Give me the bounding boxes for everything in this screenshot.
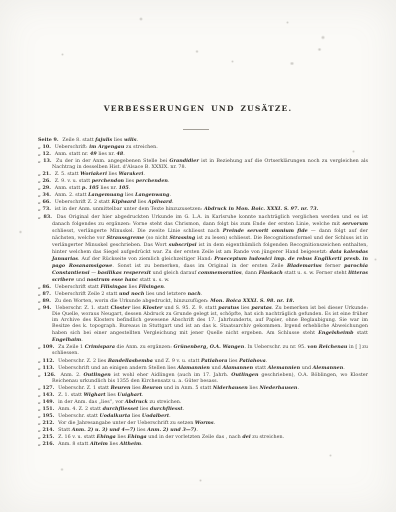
errata-list: Seite 9. Zeile 8. statt fajulis lies wil… xyxy=(38,137,368,448)
entry-text: und S. 95. Z. 9. statt xyxy=(163,306,219,311)
entry-text: lies und letztere xyxy=(144,292,187,297)
entry-body: Ueberschrift Zeile 2 statt und noch lies… xyxy=(55,292,203,297)
entry-text: . xyxy=(201,292,203,297)
correction-word: Kiplward xyxy=(112,199,137,205)
entry-page-number: „ 34. xyxy=(38,192,55,198)
correction-word: Niderhausen xyxy=(213,385,248,391)
entry-text: lies xyxy=(227,359,239,364)
entry-text: Anm. 8 statt xyxy=(58,442,90,447)
correction-word: Uodalkurta xyxy=(100,413,131,419)
correction-word: Alemannen xyxy=(313,365,344,371)
correction-word: Beuron xyxy=(142,385,162,391)
correction-word: Engelsheimb xyxy=(318,330,353,336)
errata-entry: „ 126. Anm. 2. Outlingen ist wohl eher A… xyxy=(38,372,368,385)
errata-entry: „ 34. Anm. 2. statt Langemuang lies Lang… xyxy=(38,192,368,199)
errata-entry: „ 212. Vor die Jahresangabe unter der Ue… xyxy=(38,420,368,427)
scan-speck xyxy=(289,62,295,65)
entry-text: . xyxy=(129,186,131,191)
entry-body: Z. 1. statt Wighart lies Uuighart. xyxy=(58,393,143,398)
entry-page-number: „ 113. xyxy=(38,365,58,371)
entry-text: Z. 9. v. u. statt xyxy=(55,179,92,184)
entry-body: Vor die Jahresangabe unter der Ueberschr… xyxy=(58,421,215,426)
correction-word: Patiahova xyxy=(239,358,266,364)
errata-entry: „ 21. Z. 5. statt Woriakeri lies Waraker… xyxy=(38,171,368,178)
scan-speck xyxy=(329,454,332,457)
correction-word: p. 105 xyxy=(82,185,99,191)
entry-text: ist in der Anm. unmittelbar unter dem Te… xyxy=(55,207,204,212)
correction-word: Crimispara xyxy=(85,344,115,350)
correction-word: Altheim xyxy=(120,441,141,447)
correction-word: Anm. 2) und 3—7) xyxy=(147,427,196,433)
entry-text: . xyxy=(168,179,170,184)
entry-text: und in der vorletzten Zeile das , nach xyxy=(147,435,243,440)
entry-text: lies xyxy=(130,306,142,311)
correction-word: Filisingas xyxy=(100,284,126,290)
entry-text: Ueberschr. Z. 2 lies xyxy=(58,359,108,364)
errata-entry: „ 13. Zu der in der Anm. angegebenen Ste… xyxy=(38,158,368,171)
entry-text: schliesst, verlängerte Minuskel. Die zwe… xyxy=(52,229,223,234)
entry-text: . xyxy=(141,442,143,447)
entry-page-number: „ 126. xyxy=(38,372,61,378)
entry-text: . xyxy=(143,172,145,177)
correction-word: Ehinga xyxy=(97,434,116,440)
entry-text: Z. 1. statt xyxy=(58,393,84,398)
correction-word: im Argengau xyxy=(89,144,124,150)
correction-word: Outlingen xyxy=(231,372,258,378)
entry-text: Zu Zeile 1 xyxy=(58,345,85,350)
correction-word: Warakeri xyxy=(119,171,144,177)
entry-text: lies xyxy=(124,179,136,184)
correction-word: Abdruck xyxy=(125,399,148,405)
entry-text: Ueberschrift und an einigen andern Stell… xyxy=(58,366,177,371)
entry-page-number: „ 10. xyxy=(38,144,55,150)
entry-text: Anm. 2. statt xyxy=(55,193,88,198)
errata-entry: „ 29. Anm. statt p. 105 lies nr. 105. xyxy=(38,185,368,192)
entry-body: Ueberschrift und an einigen andern Stell… xyxy=(58,366,345,371)
correction-word: wilis xyxy=(124,137,137,143)
entry-page-number: „ 151. xyxy=(38,406,58,412)
entry-text: Ueberschrift Z. 2 statt xyxy=(55,200,112,205)
correction-word: 49 xyxy=(90,151,97,157)
correction-word: Niederhausen xyxy=(259,385,297,391)
scan-speck xyxy=(374,258,377,261)
entry-body: Zu Zeile 1 Crimispara die Anm. zu ergänz… xyxy=(52,345,368,356)
entry-text: Ueberschr. Z. 1 statt xyxy=(58,386,111,391)
entry-text: . xyxy=(196,428,198,433)
correction-word: nostrum esse hanc xyxy=(87,277,138,283)
entry-text: Anm. statt nr. xyxy=(55,152,90,157)
entry-text: Das Original der hier abgedruckten Urkun… xyxy=(52,215,368,227)
correction-word: Alemannien xyxy=(268,365,301,371)
entry-page-number: „ 127. xyxy=(38,385,58,391)
entry-text: lies xyxy=(123,193,135,198)
entry-text: Ueberschr. statt xyxy=(58,414,99,419)
correction-word: Langenwang xyxy=(135,192,169,198)
entry-text: Zu den Worten, worin die Urkunde abgedru… xyxy=(55,299,211,304)
correction-word: durchfliesst xyxy=(150,406,183,412)
scan-speck xyxy=(231,60,234,63)
entry-page-number: „ 109. xyxy=(38,344,58,350)
correction-word: perchenden xyxy=(136,178,168,184)
correction-word: paratus xyxy=(218,305,239,311)
correction-word: Langemuang xyxy=(88,192,123,198)
entry-body: Statt Anm. 2) u. 3) und 4—7) lies Anm. 2… xyxy=(58,428,198,433)
entry-text: lies xyxy=(107,172,119,177)
entry-page-number: „ 87. xyxy=(38,291,55,297)
entry-text: Ueberschrift Zeile 2 statt xyxy=(55,292,119,297)
entry-body: Anm. statt p. 105 lies nr. 105. xyxy=(55,186,131,191)
entry-page-number: „ 86. xyxy=(38,284,55,290)
entry-page-number: „ 195. xyxy=(38,413,58,419)
entry-page-number: „ 21. xyxy=(38,171,55,177)
entry-body: Zu den Worten, worin die Urkunde abgedru… xyxy=(55,299,295,304)
errata-entry: „ 215. Z. 16 v. u. statt Ehinga lies Ehi… xyxy=(38,434,368,441)
entry-text: . Auf der Rückseite von ziemlich gleichz… xyxy=(78,257,214,262)
correction-word: Woriakeri xyxy=(80,171,107,177)
correction-word: Filsingen xyxy=(139,284,164,290)
entry-text: . xyxy=(266,359,268,364)
entry-text: . xyxy=(81,338,83,343)
correction-word: subscripsi xyxy=(169,242,197,248)
entry-body: Anm. 8 statt Alteim lies Altheim. xyxy=(58,442,143,447)
entry-text: lies nr. xyxy=(99,186,119,191)
scanned-book-page: VERBESSERUNGEN UND ZUSÄTZE. Seite 9. Zei… xyxy=(0,0,396,512)
entry-body: Ueberschr. Z. 1. statt Closter lies Klos… xyxy=(52,306,368,343)
entry-body: Ueberschrift Z. 2 statt Kiplward lies Ap… xyxy=(55,200,174,205)
entry-text: statt u. s. w. xyxy=(138,278,169,283)
errata-entry: „ 94. Ueberschr. Z. 1. statt Closter lie… xyxy=(38,305,368,344)
errata-entry: „ 83. Das Original der hier abgedruckten… xyxy=(38,214,368,284)
scan-speck xyxy=(19,230,22,234)
errata-entry: „ 66. Ueberschrift Z. 2 statt Kiplward l… xyxy=(38,199,368,206)
correction-word: servorum xyxy=(342,221,368,227)
entry-text: Ueberschrift: xyxy=(55,145,90,150)
entry-body: Das Original der hier abgedruckten Urkun… xyxy=(52,215,368,283)
entry-text: zu streichen. xyxy=(148,400,182,405)
entry-text: Statt xyxy=(58,428,72,433)
entry-text: lies xyxy=(138,407,150,412)
correction-word: Mon. Boica XXXI. S. 98. nr. 18. xyxy=(210,298,294,304)
entry-page-number: „ 73. xyxy=(38,206,55,212)
correction-word: commemoratios xyxy=(198,270,242,276)
entry-text: die Anm. zu ergänzen: xyxy=(115,345,174,350)
entry-text: Anm. 2. xyxy=(61,373,84,378)
entry-text: . Sonst ist zu bemerken, dass im Origina… xyxy=(112,264,287,269)
page-title: VERBESSERUNGEN UND ZUSÄTZE. xyxy=(0,104,396,113)
correction-word: Ehinga xyxy=(128,434,147,440)
correction-word: 105 xyxy=(119,185,129,191)
entry-page-number: „ 216. xyxy=(38,441,58,447)
errata-entry: „ 86. Ueberschrift statt Filisingas lies… xyxy=(38,284,368,291)
entry-page-number: „ 112. xyxy=(38,358,58,364)
correction-word: Bandellashemba xyxy=(108,358,153,364)
correction-word: fajulis xyxy=(95,137,112,143)
entry-text: Z. 16 v. u. statt xyxy=(58,435,97,440)
entry-body: ist in der Anm. unmittelbar unter dem Te… xyxy=(55,207,319,212)
correction-word: Straussgreme xyxy=(107,235,145,241)
entry-text: ferner xyxy=(322,264,345,269)
entry-text: zu streichen. xyxy=(251,435,285,440)
entry-text: lies xyxy=(106,393,118,398)
errata-entry: „ 113. Ueberschrift und an einigen ander… xyxy=(38,365,368,372)
errata-entry: „ 214. Statt Anm. 2) u. 3) und 4—7) lies… xyxy=(38,427,368,434)
entry-text: . xyxy=(343,366,345,371)
entry-page-number: „ 13. xyxy=(38,158,56,164)
correction-word: Patiahora xyxy=(201,358,227,364)
correction-word: Beuren xyxy=(111,385,131,391)
correction-word: basilikas resperexit xyxy=(98,270,151,276)
errata-entry: „ 109. Zu Zeile 1 Crimispara die Anm. zu… xyxy=(38,344,368,357)
correction-word: Closter xyxy=(111,305,131,311)
entry-text: . xyxy=(123,152,125,157)
entry-text: . xyxy=(164,285,166,290)
entry-page-number: „ 214. xyxy=(38,427,58,433)
scan-speck xyxy=(286,21,289,24)
entry-text: Ueberschrift statt xyxy=(55,285,101,290)
entry-text: . xyxy=(183,407,185,412)
correction-word: Preinde servorit omnium fide xyxy=(223,228,308,234)
correction-word: Abdruck in Mon. Boic. XXXI. S. 97. nr. 7… xyxy=(204,206,318,212)
correction-word: Anm. 2) u. 3) und 4—7) xyxy=(72,427,136,433)
entry-page-number: „ 66. xyxy=(38,199,55,205)
entry-text: . xyxy=(136,138,138,143)
entry-text: lies xyxy=(136,200,148,205)
entry-body: Zeile 8. statt fajulis lies wilis. xyxy=(62,138,138,143)
scan-speck xyxy=(60,468,64,471)
entry-text: lies xyxy=(112,138,124,143)
entry-text: Anm. statt xyxy=(55,186,82,191)
correction-word: Uuighart xyxy=(117,392,142,398)
correction-word: Apilward xyxy=(148,199,172,205)
errata-entry: „ 151. Anm. 4. Z. 2 statt durchfliesset … xyxy=(38,406,368,413)
entry-body: Zu der in der Anm. angegebenen Stelle be… xyxy=(52,159,368,170)
entry-text: und gleich darauf xyxy=(151,271,198,276)
title-divider-rule xyxy=(183,129,209,130)
entry-text: lies xyxy=(108,442,120,447)
scan-speck xyxy=(61,53,64,56)
errata-entry: „ 127. Ueberschr. Z. 1 statt Beuren lies… xyxy=(38,385,368,392)
entry-text: — xyxy=(90,271,98,276)
entry-body: Ueberschrift statt Filisingas lies Filsi… xyxy=(55,285,166,290)
entry-text: . In Ueberschr. zu nr. 95. xyxy=(244,345,307,350)
entry-body: Anm. 2. statt Langemuang lies Langenwang… xyxy=(55,193,171,198)
entry-body: Anm. statt nr. 49 lies nr. 48. xyxy=(55,152,125,157)
entry-body: Ueberschrift: im Argengau zu streichen. xyxy=(55,145,158,150)
entry-text: . xyxy=(169,414,171,419)
scan-speck xyxy=(317,48,322,51)
errata-entry: „ 87. Ueberschrift Zeile 2 statt und noc… xyxy=(38,291,368,298)
errata-entry: „ 112. Ueberschr. Z. 2 lies Bandellashem… xyxy=(38,358,368,365)
entry-body: Anm. 4. Z. 2 statt durchfliesset lies du… xyxy=(58,407,184,412)
errata-entry: „ 10. Ueberschrift: im Argengau zu strei… xyxy=(38,144,368,151)
scan-speck xyxy=(321,35,325,40)
entry-text: zu streichen. xyxy=(124,145,158,150)
entry-text: lies nr. xyxy=(97,152,117,157)
errata-entry: „ 89. Zu den Worten, worin die Urkunde a… xyxy=(38,298,368,305)
entry-body: Ueberschr. Z. 2 lies Bandellashemba und … xyxy=(58,359,267,364)
entry-text: lies xyxy=(248,386,260,391)
entry-text: . xyxy=(169,193,171,198)
correction-word: Alamannien xyxy=(177,365,210,371)
entry-page-number: „ 215. xyxy=(38,434,58,440)
scan-speck xyxy=(199,479,202,482)
entry-body: Z. 16 v. u. statt Ehinga lies Ehinga und… xyxy=(58,435,284,440)
entry-text: und xyxy=(210,366,223,371)
errata-entry: „ 195. Ueberschr. statt Uodalkurta lies … xyxy=(38,413,368,420)
entry-text: lies xyxy=(127,285,139,290)
entry-text: Ueberschr. Z. 1. statt xyxy=(55,306,110,311)
entry-text: Zu der in der Anm. angegebenen Stelle be… xyxy=(56,159,169,164)
correction-word: Wighart xyxy=(84,392,106,398)
entry-text: Zeile 8. statt xyxy=(62,138,95,143)
entry-text: . xyxy=(297,386,299,391)
scan-speck xyxy=(195,50,199,53)
entry-text: Z. 5. statt xyxy=(55,172,81,177)
entry-text: statt u. s. w. Ferner steht xyxy=(283,271,348,276)
entry-page-number: „ 26. xyxy=(38,178,55,184)
correction-word: Worms xyxy=(195,420,214,426)
correction-word: Strassing xyxy=(169,235,195,241)
correction-word: Outlingen xyxy=(84,372,111,378)
scan-speck xyxy=(139,17,143,21)
entry-text: ist wohl eher Aidlingen (auch im 17. Jah… xyxy=(111,373,231,378)
correction-word: Kloster xyxy=(143,305,163,311)
correction-word: Grandidier xyxy=(169,158,199,164)
entry-text: lies xyxy=(130,414,142,419)
correction-word: durchfliesset xyxy=(103,406,139,412)
errata-entry: „ 149. in der Anm. das „lies“, vor Abdru… xyxy=(38,399,368,406)
entry-text: (so nicht xyxy=(144,236,169,241)
entry-text: statt xyxy=(253,366,267,371)
entry-text: und Z. 9 v. u. statt xyxy=(153,359,201,364)
correction-word: Alteim xyxy=(90,441,108,447)
correction-word: dei xyxy=(242,434,250,440)
entry-text: Vor die Jahresangabe unter der Ueberschr… xyxy=(58,421,195,426)
correction-word: Blademarius xyxy=(287,263,322,269)
entry-body: in der Anm. das „lies“, vor Abdruck zu s… xyxy=(58,400,181,405)
errata-entry: „ 12. Anm. statt nr. 49 lies nr. 48. xyxy=(38,151,368,158)
entry-text: und xyxy=(74,278,87,283)
entry-text: und xyxy=(300,366,313,371)
correction-word: von Reichenau xyxy=(307,344,347,350)
entry-page-number: „ 89. xyxy=(38,298,55,304)
entry-body: Anm. 2. Outlingen ist wohl eher Aidlinge… xyxy=(52,373,368,384)
errata-entry: „ 73. ist in der Anm. unmittelbar unter … xyxy=(38,206,368,213)
entry-text: . xyxy=(172,200,174,205)
entry-text: lies xyxy=(131,386,143,391)
entry-body: Z. 5. statt Woriakeri lies Warakeri. xyxy=(55,172,145,177)
entry-body: Z. 9. v. u. statt perchendon lies perche… xyxy=(55,179,170,184)
entry-page-number: „ 94. xyxy=(38,305,55,311)
entry-text: Anm. 4. Z. 2 statt xyxy=(58,407,103,412)
correction-word: perchendon xyxy=(92,178,124,184)
correction-word: Uodalbert xyxy=(142,413,169,419)
entry-body: Ueberschr. statt Uodalkurta lies Uodalbe… xyxy=(58,414,171,419)
errata-entry: „ 143. Z. 1. statt Wighart lies Uuighart… xyxy=(38,392,368,399)
entry-text: in der Anm. das „lies“, vor xyxy=(58,400,125,405)
entry-page-number: „ 149. xyxy=(38,399,58,405)
entry-text: lies xyxy=(135,428,147,433)
entry-page-number: „ 12. xyxy=(38,151,55,157)
entry-text: statt xyxy=(354,331,368,336)
correction-word: Grünenberg, O.A. Wangen xyxy=(174,344,245,350)
entry-page-number: Seite 9. xyxy=(38,137,62,143)
correction-word: paratas xyxy=(251,305,271,311)
correction-word: Alamannen xyxy=(222,365,253,371)
errata-entry: „ 26. Z. 9. v. u. statt perchendon lies … xyxy=(38,178,368,185)
entry-page-number: „ 29. xyxy=(38,185,55,191)
entry-text: , dann xyxy=(242,271,259,276)
entry-body: Ueberschr. Z. 1 statt Beuren lies Beuron… xyxy=(58,386,299,391)
entry-text: . xyxy=(142,393,144,398)
correction-word: Flaskach xyxy=(259,270,283,276)
entry-page-number: „ 83. xyxy=(38,214,57,220)
entry-text: . xyxy=(214,421,216,426)
entry-text: lies xyxy=(239,306,251,311)
correction-word: Engelhaim xyxy=(52,337,81,343)
correction-word: nach xyxy=(188,291,201,297)
correction-word: und noch xyxy=(119,291,144,297)
entry-text: und in Anm. 5 statt xyxy=(162,386,213,391)
errata-entry: Seite 9. Zeile 8. statt fajulis lies wil… xyxy=(38,137,368,144)
entry-text: lies xyxy=(116,435,128,440)
errata-entry: „ 216. Anm. 8 statt Alteim lies Altheim. xyxy=(38,441,368,448)
entry-page-number: „ 143. xyxy=(38,392,58,398)
entry-page-number: „ 212. xyxy=(38,420,58,426)
